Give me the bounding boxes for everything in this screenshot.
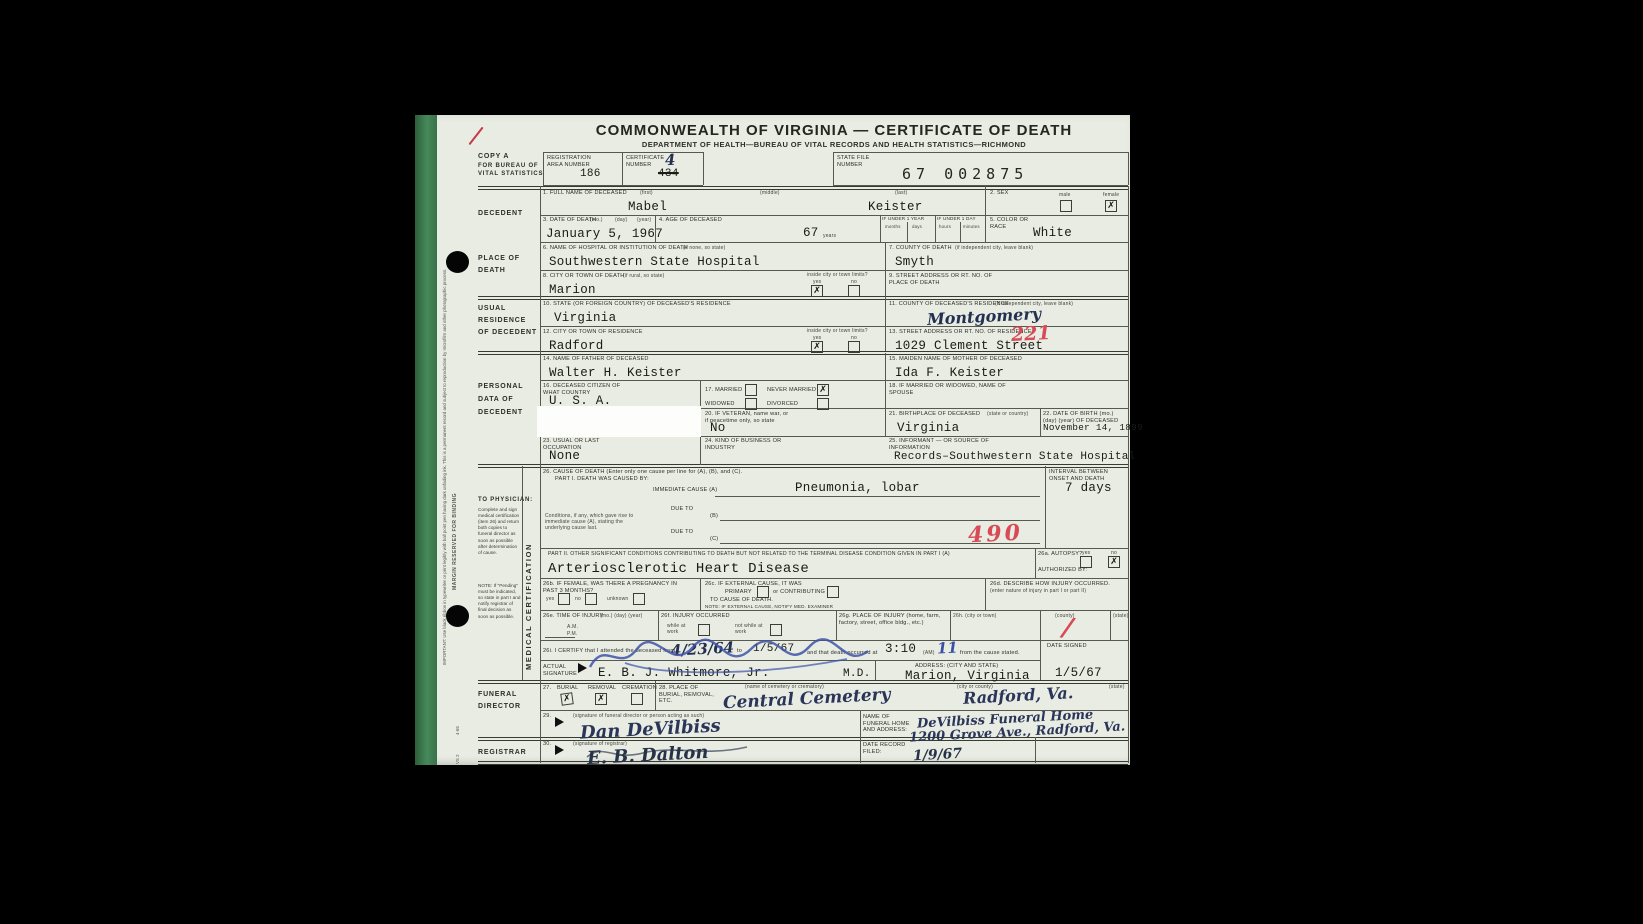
married-label: 17. MARRIED (705, 387, 742, 394)
field26c-label: 26c. IF EXTERNAL CAUSE, IT WAS (705, 581, 802, 588)
under-1-day-hours: hours (939, 224, 951, 229)
field1-first-hint: (first) (640, 190, 653, 196)
field18-label: 18. IF MARRIED OR WIDOWED, NAME OF SPOUS… (889, 383, 1029, 396)
section-funeral-2: DIRECTOR (478, 703, 521, 711)
sex-female-checkbox: ✗ (1105, 200, 1117, 212)
sex-female-label: female (1103, 192, 1119, 198)
birthplace: Virginia (897, 422, 959, 436)
date-signed-value: 1/5/67 (1055, 667, 1102, 681)
due-to-b-label: DUE TO (671, 506, 693, 513)
sex-male-label: male (1059, 192, 1071, 198)
widowed-checkbox (745, 398, 757, 410)
field4-label: 4. AGE OF DECEASED (659, 217, 699, 224)
cremation-label: CREMATION (622, 685, 657, 692)
field6-label: 6. NAME OF HOSPITAL OR INSTITUTION OF DE… (543, 245, 688, 252)
age-unit: years (823, 233, 836, 239)
field8-hint: (if rural, so state) (623, 273, 665, 279)
limits-question-1: inside city or town limits? (807, 272, 869, 278)
veteran-answer: No (710, 422, 726, 436)
am-paren-label: (AM) (923, 650, 935, 656)
section-registrar: REGISTRAR (478, 749, 526, 757)
external-cause-note: NOTE: IF EXTERNAL CAUSE, NOTIFY MED. EXA… (705, 604, 833, 610)
limits1-yes-checkbox: ✗ (811, 285, 823, 297)
informant: Records–Southwestern State Hospital (894, 451, 1136, 463)
due-to-c-label: DUE TO (671, 529, 693, 536)
red-corner-mark (468, 127, 483, 146)
under-1-year-months: months (885, 224, 901, 229)
pregnancy-no-label: no (575, 596, 581, 602)
field1-middle-hint: (middle) (760, 190, 780, 196)
field3-year: (year) (637, 217, 651, 223)
limits-question-2: inside city or town limits? (807, 328, 869, 334)
field26d-hint: (enter nature of injury in part I or par… (990, 588, 1120, 594)
field9-label: 9. STREET ADDRESS OR RT. NO. OF PLACE OF… (889, 273, 1009, 286)
state-file-value: 67 002875 (902, 165, 1028, 183)
section-personal-3: DECEDENT (478, 409, 523, 417)
field3-day: (day) (615, 217, 627, 223)
section-decedent: DECEDENT (478, 210, 523, 218)
state-file-label: STATE FILE NUMBER (837, 155, 877, 168)
mother-maiden-name: Ida F. Keister (895, 367, 1004, 381)
actual-signature-label-2: SIGNATURE (543, 671, 577, 678)
city-of-death: Marion (549, 284, 596, 298)
pregnancy-yes-checkbox (558, 593, 570, 605)
autopsy-label: 26a. AUTOPSY? (1038, 551, 1082, 558)
state-hint: (state) (1109, 684, 1125, 690)
limits1-no-checkbox (848, 285, 860, 297)
to-cause-label: TO CAUSE OF DEATH. (710, 597, 773, 604)
autopsy-no-checkbox: ✗ (1108, 556, 1120, 568)
field12-label: 12. CITY OR TOWN OF RESIDENCE (543, 329, 643, 336)
field26e-label: 26e. TIME OF INJURY (543, 613, 603, 620)
pregnancy-yes-label: yes (546, 596, 554, 602)
field10-label: 10. STATE (OR FOREIGN COUNTRY) OF DECEAS… (543, 301, 731, 308)
registration-area-value: 186 (580, 168, 601, 180)
section-place-of-death-2: DEATH (478, 267, 506, 275)
field2-label: 2. SEX (990, 190, 1009, 197)
physician-address: Marion, Virginia (905, 670, 1030, 684)
under-1-day-minutes: minutes (963, 224, 980, 229)
hole-punch (446, 251, 469, 273)
burial-label: BURIAL (557, 685, 578, 692)
pregnancy-no-checkbox (585, 593, 597, 605)
field3-mo: (mo.) (590, 217, 603, 223)
field8-label: 8. CITY OR TOWN OF DEATH (543, 273, 624, 280)
field26h-state-label: (state) (1113, 613, 1129, 619)
pregnancy-unknown-label: unknown (607, 596, 628, 602)
margin-binding-label: MARGIN RESERVED FOR BINDING (452, 360, 458, 590)
redacted-field-19 (537, 406, 701, 437)
county-red-slash: / (1061, 614, 1074, 641)
under-1-year-days: days (912, 224, 922, 229)
sex-male-checkbox (1060, 200, 1072, 212)
section-personal-1: PERSONAL (478, 383, 523, 391)
never-married-checkbox: ✗ (817, 384, 829, 396)
from-cause-stated-label: from the cause stated. (960, 650, 1020, 657)
burial-checkbox: ✗ (560, 692, 574, 706)
death-certificate: IMPORTANT: Use black ribbon in typewrite… (415, 115, 1130, 765)
field21-hint: (state or country) (987, 411, 1028, 417)
field7-label: 7. COUNTY OF DEATH (889, 245, 952, 252)
field3-label: 3. DATE OF DEATH (543, 217, 596, 224)
hospital-of-death: Southwestern State Hospital (549, 256, 760, 270)
form-number: VS 2 (455, 740, 460, 764)
arrow-icon (555, 745, 564, 755)
copy-a-label: COPY A (478, 153, 509, 161)
section-funeral-1: FUNERAL (478, 691, 517, 699)
margin-fine-print: IMPORTANT: Use black ribbon in typewrite… (442, 265, 447, 665)
state-of-residence: Virginia (554, 312, 616, 326)
married-checkbox (745, 384, 757, 396)
field1-last-hint: (last) (895, 190, 907, 196)
registrar-signature-ink (583, 741, 753, 763)
field30-num: 30. (543, 741, 551, 748)
pregnancy-unknown-checkbox (633, 593, 645, 605)
registration-area-label: REGISTRATION AREA NUMBER (547, 155, 602, 168)
field26-label: 26. CAUSE OF DEATH (Enter only one cause… (543, 469, 742, 476)
section-residence-3: OF DECEDENT (478, 329, 537, 337)
part1-label: PART I. DEATH WAS CAUSED BY: (555, 476, 649, 483)
decedent-last-name: Keister (868, 201, 923, 215)
cause-c-label: (C) (710, 536, 718, 543)
section-residence-2: RESIDENCE (478, 317, 526, 325)
field24-label: 24. KIND OF BUSINESS OR INDUSTRY (705, 438, 785, 451)
contributing-checkbox (827, 586, 839, 598)
certificate-subtitle: DEPARTMENT OF HEALTH—BUREAU OF VITAL REC… (540, 141, 1128, 149)
copy-for-line1: FOR BUREAU OF (478, 163, 538, 170)
authorized-by-label: AUTHORIZED BY: (1038, 567, 1087, 574)
am-label: A.M. (567, 624, 578, 630)
decedent-first-name: Mabel (628, 201, 667, 215)
arrow-icon (555, 717, 564, 727)
time-of-death: 3:10 (885, 643, 916, 657)
funeral-home-label: NAME OF FUNERAL HOME AND ADDRESS: (863, 714, 913, 734)
field29-num: 29. (543, 713, 551, 720)
physician-signature-ink (585, 633, 875, 679)
immediate-cause-label: IMMEDIATE CAUSE (A) (653, 487, 717, 494)
contributing-label: or CONTRIBUTING (773, 589, 825, 596)
removal-checkbox: ✗ (595, 693, 607, 705)
field26g-label: 26g. PLACE OF INJURY (home, farm, factor… (839, 613, 944, 626)
under-1-day-label: IF UNDER 1 DAY (937, 216, 976, 222)
date-of-death: January 5, 1967 (546, 228, 663, 242)
removal-label: REMOVAL (588, 685, 616, 692)
field28-label: 28. PLACE OF BURIAL, REMOVAL, ETC. (659, 685, 714, 705)
date-of-birth: November 14, 1899 (1043, 423, 1143, 433)
hole-punch (446, 605, 469, 627)
date-filed-value: 1/9/67 (913, 747, 963, 764)
field14-label: 14. NAME OF FATHER OF DECEASED (543, 356, 649, 363)
field27-num: 27. (543, 685, 551, 692)
part2-value: Arteriosclerotic Heart Disease (548, 562, 809, 577)
field26f-label: 26f. INJURY OCCURRED (661, 613, 730, 620)
under-1-year-label: IF UNDER 1 YEAR (882, 216, 924, 222)
field26h-city-label: 26h. (city or town) (953, 613, 997, 619)
certificate-title: COMMONWEALTH OF VIRGINIA — CERTIFICATE O… (540, 123, 1128, 140)
section-place-of-death-1: PLACE OF (478, 255, 520, 263)
street-red-annotation: 221 (1011, 324, 1052, 345)
certificate-number-struck: 434 (658, 168, 679, 180)
burial-place-handwritten: Central Cemetery (723, 687, 891, 713)
field15-label: 15. MAIDEN NAME OF MOTHER OF DECEASED (889, 356, 1022, 363)
divorced-checkbox (817, 398, 829, 410)
part2-label: PART II. OTHER SIGNIFICANT CONDITIONS CO… (548, 551, 998, 557)
field6-hint: (if none, so state) (683, 245, 725, 251)
limits2-no-checkbox (848, 341, 860, 353)
city-of-residence: Radford (549, 340, 604, 354)
date-signed-label: DATE SIGNED (1047, 643, 1087, 650)
occupation: None (549, 450, 580, 464)
county-of-death: Smyth (895, 256, 934, 270)
never-married-label: NEVER MARRIED (767, 387, 816, 394)
section-personal-2: DATA OF (478, 396, 513, 404)
form-revision-code: 4-65 (455, 705, 460, 735)
field21-label: 21. BIRTHPLACE OF DECEASED (889, 411, 980, 418)
section-residence-1: USUAL (478, 305, 506, 313)
field7-hint: (if independent city, leave blank) (955, 245, 1033, 251)
cause-code-red: 490 (967, 522, 1023, 547)
actual-signature-label-1: ACTUAL (543, 664, 566, 671)
field25-label: 25. INFORMANT — OR SOURCE OF INFORMATION (889, 438, 999, 451)
pending-note: NOTE: If "Pending" must be indicated, so… (478, 583, 522, 620)
field5-label: 5. COLOR OR RACE (990, 217, 1030, 230)
conditions-note: Conditions, if any, which gave rise to i… (545, 513, 645, 531)
primary-label: PRIMARY (725, 589, 752, 596)
burial-city-handwritten: Radford, Va. (963, 685, 1074, 707)
father-name: Walter H. Keister (549, 367, 682, 381)
color-or-race: White (1033, 227, 1072, 241)
copy-for-line2: VITAL STATISTICS (478, 171, 543, 178)
am-handwritten-mark: 11 (937, 640, 959, 656)
field26d-label: 26d. DESCRIBE HOW INJURY OCCURRED. (990, 581, 1110, 588)
interval-value: 7 days (1065, 482, 1112, 496)
scan-background: IMPORTANT: Use black ribbon in typewrite… (0, 0, 1643, 924)
field1-label: 1. FULL NAME OF DECEASED (543, 190, 627, 197)
certificate-number-label: CERTIFICATE NUMBER (626, 155, 666, 168)
cremation-checkbox (631, 693, 643, 705)
widowed-label: WIDOWED (705, 401, 735, 408)
date-filed-label: DATE RECORD FILED: (863, 742, 908, 755)
medical-certification-label: MEDICAL CERTIFICATION (525, 480, 533, 670)
limits2-yes-checkbox: ✗ (811, 341, 823, 353)
green-binding-strip (415, 115, 437, 765)
divorced-label: DIVORCED (767, 401, 798, 408)
certificate-number-correction: 4 (665, 153, 676, 169)
cause-of-death-a: Pneumonia, lobar (795, 482, 920, 496)
age-of-deceased: 67 (803, 227, 819, 241)
to-physician-note: Complete and sign medical certification … (478, 507, 522, 556)
cause-b-label: (B) (710, 513, 718, 520)
field26e-subs: (mo.) (day) (year) (600, 613, 643, 619)
